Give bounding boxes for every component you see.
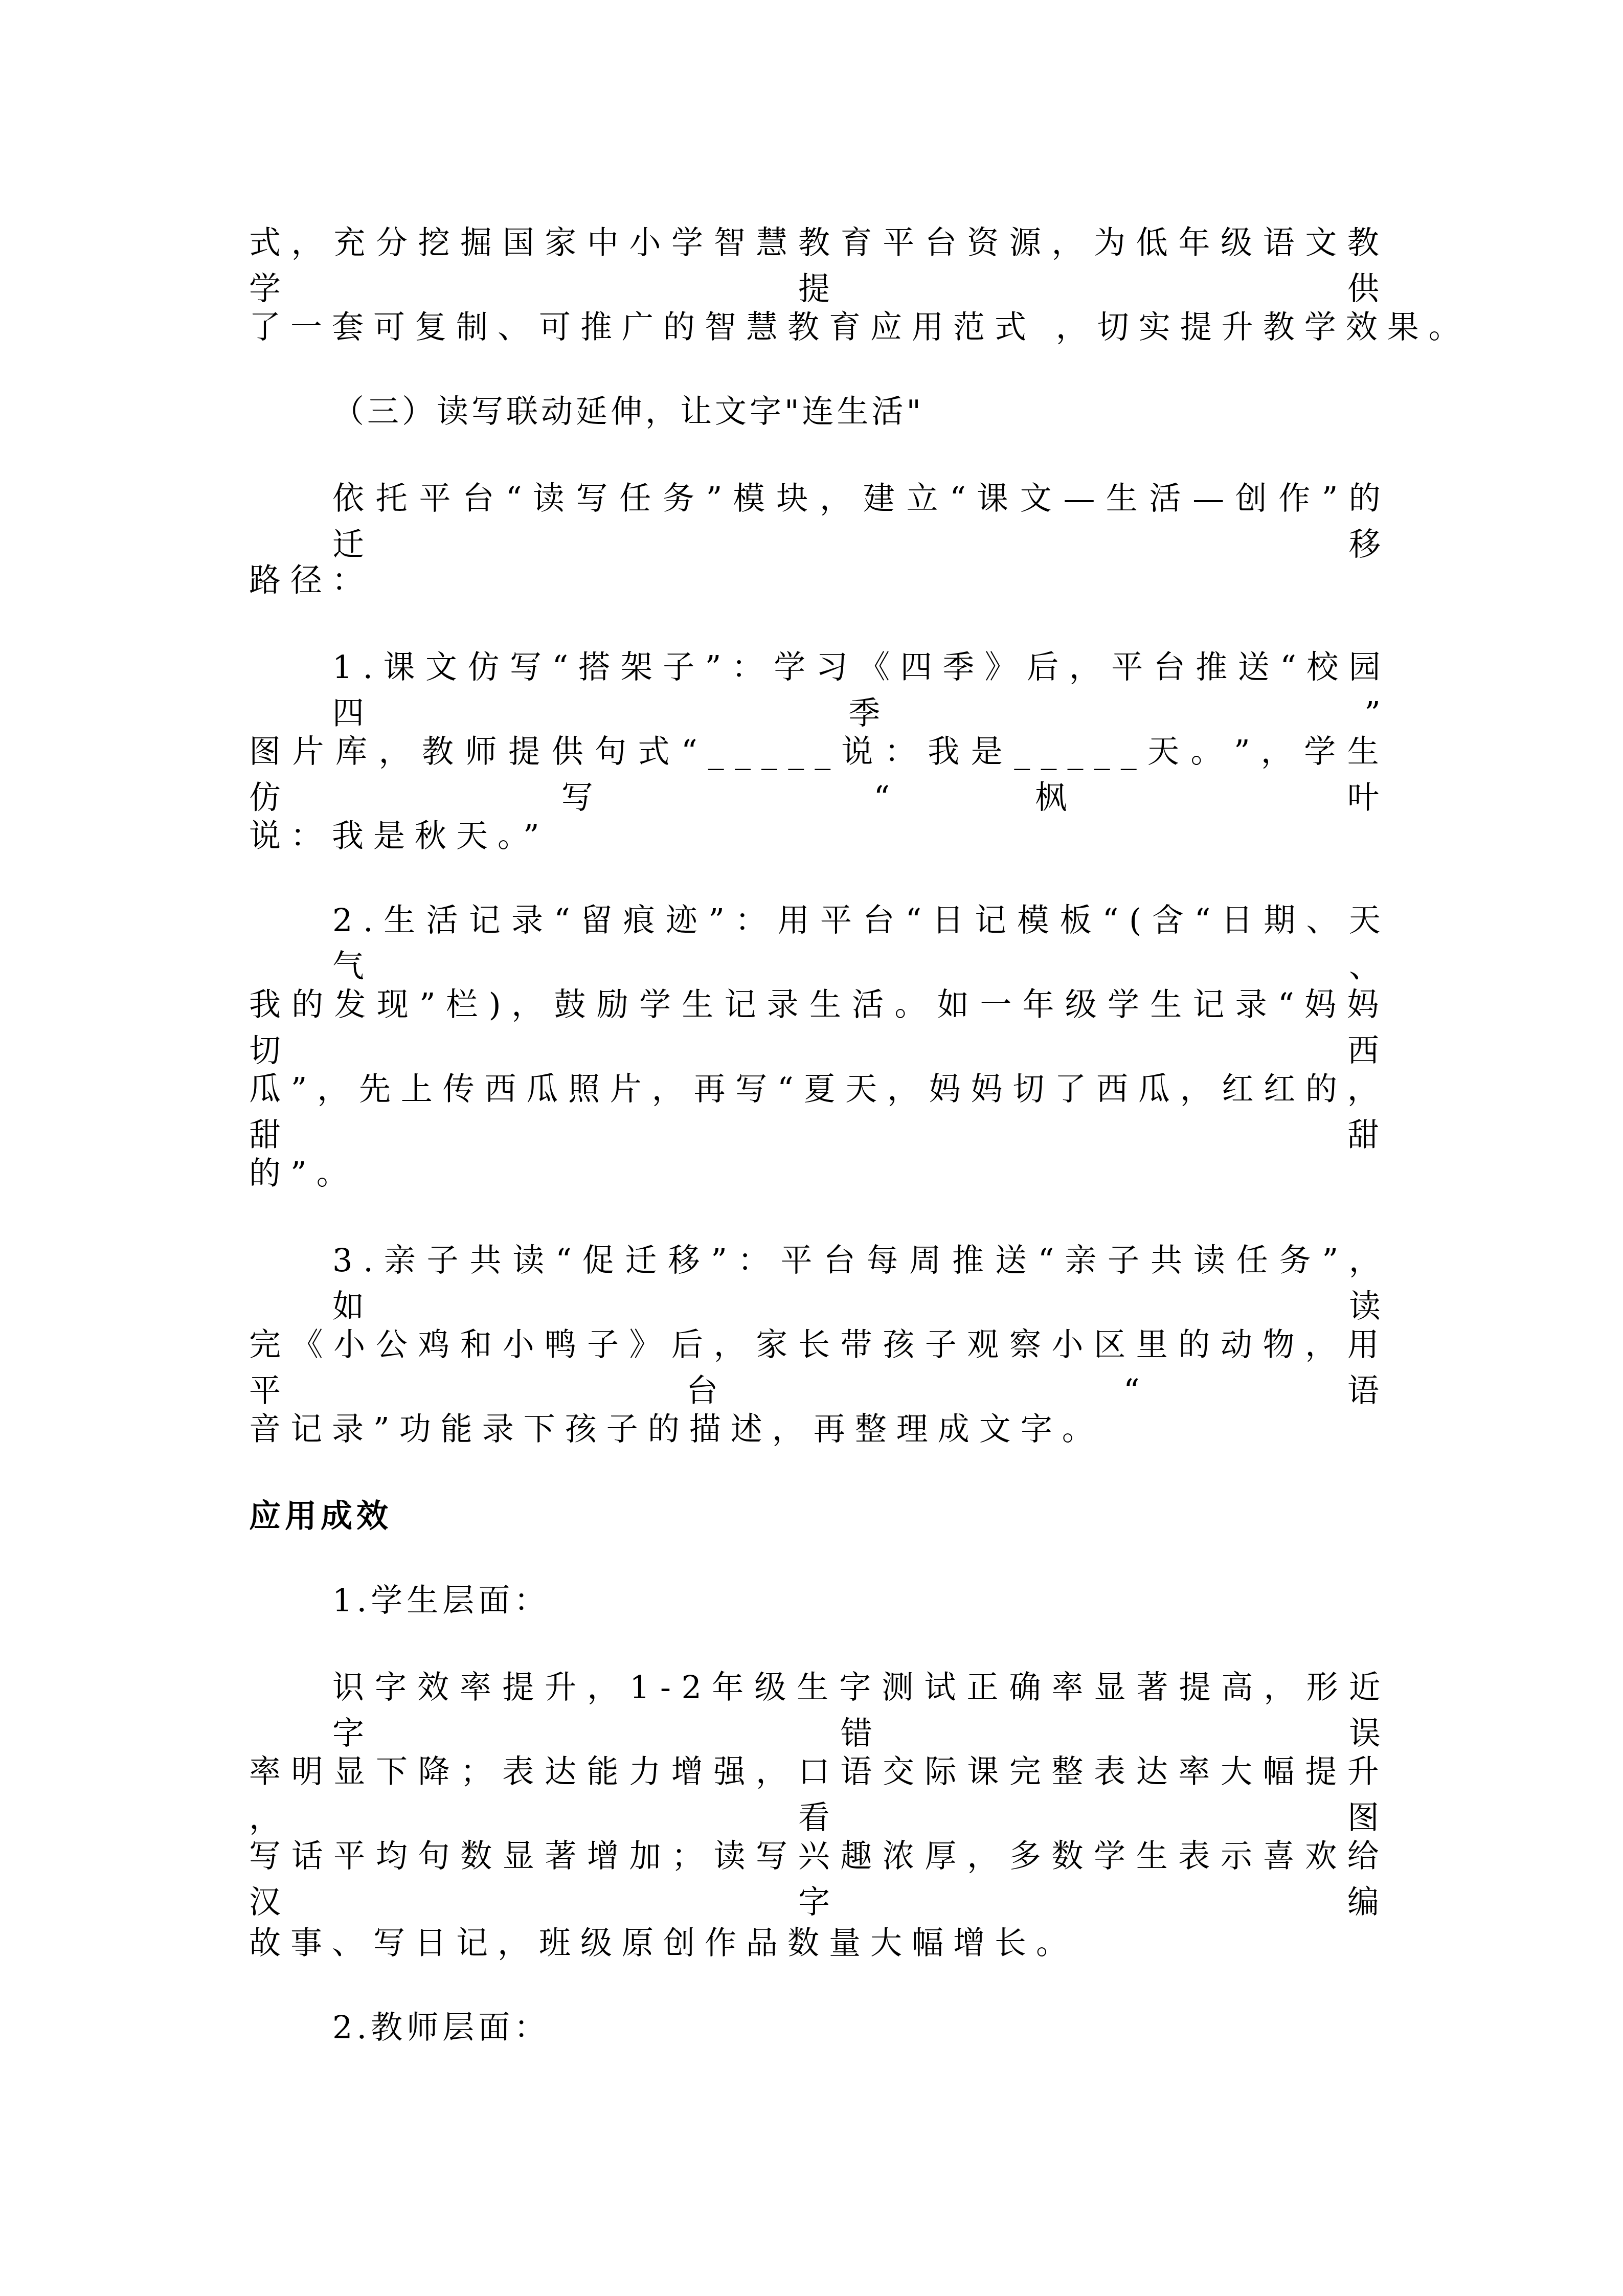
subsection-student-level: 1.学生层面： — [332, 1578, 1381, 1624]
paragraph-reading-writing-intro-line-1: 依 托 平 台 “ 读 写 任 务 ” 模 块 ， 建 立 “ 课 文 — 生 … — [332, 476, 1381, 522]
list-item-3-line-1: 3 . 亲 子 共 读 “ 促 迁 移 ” ： 平 台 每 周 推 送 “ 亲 … — [332, 1237, 1381, 1284]
section-subheading-3: （三）读写联动延伸，让文字"连生活" — [332, 389, 1381, 435]
list-item-3-line-3: 音记录”功能录下孩子的描述，再整理成文字。 — [249, 1406, 1379, 1452]
section-heading-results: 应用成效 — [249, 1493, 1379, 1539]
student-results-line-2: 率 明 显 下 降 ； 表 达 能 力 增 强 ， 口 语 交 际 课 完 整 … — [249, 1749, 1379, 1795]
list-item-1-line-1: 1 . 课 文 仿 写 “ 搭 架 子 ” ： 学 习 《 四 季 》 后 ， … — [332, 644, 1381, 690]
student-results-line-1: 识 字 效 率 提 升 ， 1 - 2 年 级 生 字 测 试 正 确 率 显 … — [332, 1664, 1381, 1710]
list-item-3-line-2: 完 《 小 公 鸡 和 小 鸭 子 》 后 ， 家 长 带 孩 子 观 察 小 … — [249, 1322, 1379, 1368]
student-results-line-4: 故事、写日记，班级原创作品数量大幅增长。 — [249, 1920, 1379, 1966]
student-results-line-3: 写 话 平 均 句 数 显 著 增 加 ； 读 写 兴 趣 浓 厚 ， 多 数 … — [249, 1833, 1379, 1879]
list-item-1-line-3: 说：我是秋天。” — [249, 813, 1379, 859]
paragraph-reading-writing-intro-line-2: 路径： — [249, 557, 1379, 603]
paragraph-continuation-line-1: 式 ， 充 分 挖 掘 国 家 中 小 学 智 慧 教 育 平 台 资 源 ， … — [249, 220, 1379, 266]
list-item-1-line-2: 图 片 库 ， 教 师 提 供 句 式 “ _ _ _ _ _ 说 ： 我 是 … — [249, 729, 1379, 775]
document-page: 式 ， 充 分 挖 掘 国 家 中 小 学 智 慧 教 育 平 台 资 源 ， … — [0, 0, 1623, 2296]
list-item-2-line-1: 2 . 生 活 记 录 “ 留 痕 迹 ” ： 用 平 台 “ 日 记 模 板 … — [332, 897, 1381, 943]
subsection-teacher-level: 2.教师层面： — [332, 2005, 1381, 2051]
list-item-2-line-4: 的”。 — [249, 1151, 1379, 1197]
paragraph-continuation-line-2: 了一套可复制、可推广的智慧教育应用范式 ，切实提升教学效果。 — [249, 304, 1379, 350]
list-item-2-line-3: 瓜 ” ， 先 上 传 西 瓜 照 片 ， 再 写 “ 夏 天 ， 妈 妈 切 … — [249, 1066, 1379, 1112]
list-item-2-line-2: 我 的 发 现 ” 栏 ) ， 鼓 励 学 生 记 录 生 活 。 如 一 年 … — [249, 982, 1379, 1028]
